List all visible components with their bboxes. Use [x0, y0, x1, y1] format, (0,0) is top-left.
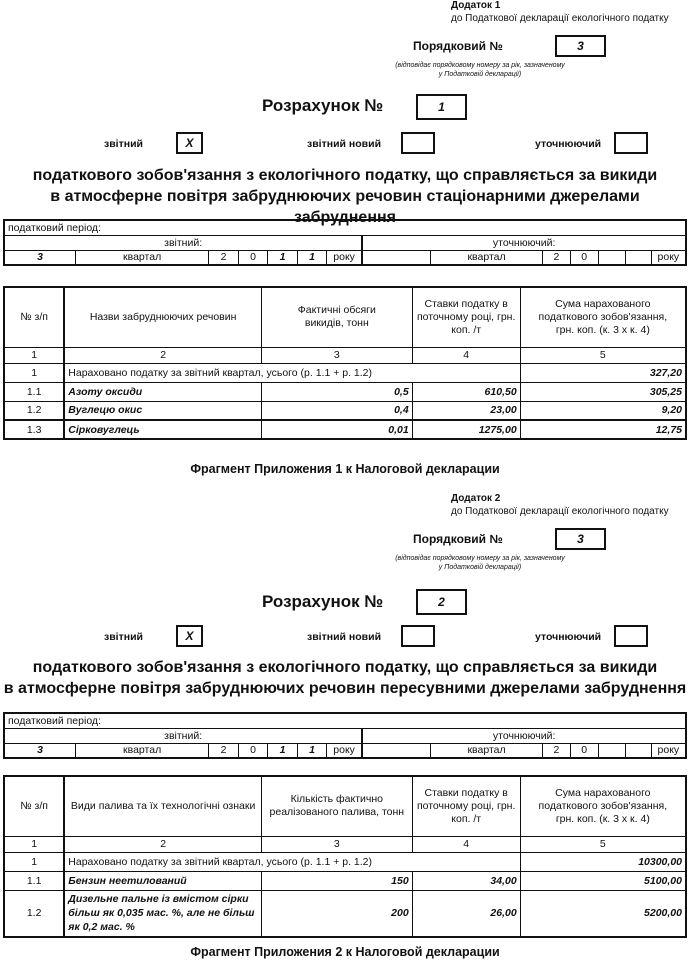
row-number: 1.2 [4, 401, 64, 420]
fuel-name-field[interactable]: Бензин неетилований [64, 871, 261, 890]
type-new-reporting-checkbox[interactable] [401, 625, 435, 647]
col-header-volume: Фактичні обсяги викидів, тонн [261, 287, 412, 347]
col-number: 3 [261, 836, 412, 852]
heading-line: податкового зобов'язання з екологічного … [0, 165, 690, 186]
year-digit-3-field[interactable] [598, 250, 626, 265]
clarifying-period-label: уточнюючий: [362, 728, 686, 743]
clarifying-period-label: уточнюючий: [362, 235, 686, 250]
type-new-reporting-label: звітний новий [307, 138, 381, 150]
sum-field[interactable]: 12,75 [520, 420, 686, 439]
type-clarifying-label: уточнюючий [535, 138, 601, 150]
calculation-number-field[interactable]: 1 [416, 94, 467, 120]
table-row: 1.2 Вуглецю окис 0,4 23,00 9,20 [4, 401, 686, 420]
type-clarifying-label: уточнюючий [535, 631, 601, 643]
table-row: 1.3 Сірковуглець 0,01 1275,00 12,75 [4, 420, 686, 439]
reporting-quarter-field[interactable]: 3 [4, 250, 76, 265]
sequence-number-label: Порядковий № [413, 532, 503, 546]
total-label: Нараховано податку за звітний квартал, у… [64, 363, 520, 382]
row-number: 1 [4, 363, 64, 382]
calculation-number-field[interactable]: 2 [416, 589, 467, 615]
col-number: 4 [412, 836, 520, 852]
col-number: 5 [520, 347, 686, 363]
year-word: року [326, 743, 362, 758]
fuel-name-field[interactable]: Дизельне пальне із вмістом сірки більш я… [64, 890, 261, 937]
total-row: 1 Нараховано податку за звітний квартал,… [4, 852, 686, 871]
rate-field[interactable]: 23,00 [412, 401, 520, 420]
tax-period-label: податковий період: [4, 220, 686, 235]
sum-field[interactable]: 305,25 [520, 382, 686, 401]
col-header-volume: Кількість фактично реалізованого палива,… [261, 776, 412, 836]
sequence-note-line: (відповідає порядковому номеру за рік, з… [380, 61, 580, 70]
total-sum-field[interactable]: 10300,00 [520, 852, 686, 871]
pollutant-name-field[interactable]: Сірковуглець [64, 420, 261, 439]
year-digit-1: 2 [209, 250, 239, 265]
row-number: 1 [4, 852, 64, 871]
fuels-table: № з/п Види палива та їх технологічні озн… [3, 775, 687, 938]
pollutant-name-field[interactable]: Азоту оксиди [64, 382, 261, 401]
type-clarifying-checkbox[interactable] [614, 132, 648, 154]
type-reporting-checkbox[interactable]: X [176, 625, 203, 647]
col-header-name: Назви забруднюючих речовин [64, 287, 261, 347]
col-header-name: Види палива та їх технологічні ознаки [64, 776, 261, 836]
col-number: 2 [64, 836, 261, 852]
year-digit-2: 0 [570, 743, 598, 758]
rate-field[interactable]: 610,50 [412, 382, 520, 401]
reporting-period-label: звітний: [4, 235, 362, 250]
sequence-number-label: Порядковий № [413, 39, 503, 53]
type-new-reporting-label: звітний новий [307, 631, 381, 643]
row-number: 1.1 [4, 871, 64, 890]
reporting-quarter-field[interactable]: 3 [4, 743, 76, 758]
pollutant-name-field[interactable]: Вуглецю окис [64, 401, 261, 420]
reporting-period-label: звітний: [4, 728, 362, 743]
rate-field[interactable]: 26,00 [412, 890, 520, 937]
col-number: 1 [4, 347, 64, 363]
volume-field[interactable]: 200 [261, 890, 412, 937]
attachment-title: Додаток 2 [451, 493, 500, 504]
sequence-note: (відповідає порядковому номеру за рік, з… [380, 554, 580, 572]
quarter-word: квартал [430, 250, 542, 265]
tax-period-label: податковий період: [4, 713, 686, 728]
calculation-heading: податкового зобов'язання з екологічного … [0, 657, 690, 699]
rate-field[interactable]: 1275,00 [412, 420, 520, 439]
col-number: 2 [64, 347, 261, 363]
type-reporting-label: звітний [104, 138, 143, 150]
col-number: 1 [4, 836, 64, 852]
col-header-number: № з/п [4, 287, 64, 347]
year-digit-2: 0 [239, 250, 268, 265]
row-number: 1.2 [4, 890, 64, 937]
fragment-caption: Фрагмент Приложения 2 к Налоговой деклар… [0, 945, 690, 959]
attachment-subtitle: до Податкової декларації екологічного по… [451, 13, 669, 24]
total-row: 1 Нараховано податку за звітний квартал,… [4, 363, 686, 382]
row-number: 1.1 [4, 382, 64, 401]
year-digit-2: 0 [570, 250, 598, 265]
sum-field[interactable]: 5200,00 [520, 890, 686, 937]
fragment-caption: Фрагмент Приложения 1 к Налоговой деклар… [0, 462, 690, 476]
year-digit-4-field[interactable] [626, 743, 651, 758]
calculation-number-label: Розрахунок № [262, 592, 383, 612]
year-digit-1: 2 [543, 743, 571, 758]
year-digit-4-field[interactable]: 1 [298, 250, 327, 265]
total-sum-field[interactable]: 327,20 [520, 363, 686, 382]
type-reporting-checkbox[interactable]: X [176, 132, 203, 154]
col-header-rate: Ставки податку в поточному році, грн. ко… [412, 776, 520, 836]
col-number: 3 [261, 347, 412, 363]
year-word: року [651, 250, 686, 265]
sum-field[interactable]: 9,20 [520, 401, 686, 420]
volume-field[interactable]: 0,01 [261, 420, 412, 439]
col-header-rate: Ставки податку в поточному році, грн. ко… [412, 287, 520, 347]
clarifying-quarter-field[interactable] [362, 743, 430, 758]
year-digit-3-field[interactable]: 1 [268, 250, 298, 265]
quarter-word: квартал [430, 743, 542, 758]
type-new-reporting-checkbox[interactable] [401, 132, 435, 154]
sequence-note: (відповідає порядковому номеру за рік, з… [380, 61, 580, 79]
year-digit-2: 0 [239, 743, 268, 758]
rate-field[interactable]: 34,00 [412, 871, 520, 890]
col-header-sum: Сума нарахованого податкового зобов'язан… [520, 287, 686, 347]
col-number: 4 [412, 347, 520, 363]
calculation-number-label: Розрахунок № [262, 96, 383, 116]
volume-field[interactable]: 0,5 [261, 382, 412, 401]
quarter-word: квартал [76, 743, 209, 758]
sequence-number-field[interactable]: 3 [555, 35, 606, 57]
sequence-number-field[interactable]: 3 [555, 528, 606, 550]
year-digit-3-field[interactable] [598, 743, 626, 758]
attachment-subtitle: до Податкової декларації екологічного по… [451, 506, 669, 517]
sequence-note-line: у Податковій декларації) [380, 70, 580, 79]
col-header-number: № з/п [4, 776, 64, 836]
type-reporting-label: звітний [104, 631, 143, 643]
sum-field[interactable]: 5100,00 [520, 871, 686, 890]
col-number: 5 [520, 836, 686, 852]
sequence-note-line: у Податковій декларації) [380, 563, 580, 572]
table-row: 1.1 Бензин неетилований 150 34,00 5100,0… [4, 871, 686, 890]
col-header-sum: Сума нарахованого податкового зобов'язан… [520, 776, 686, 836]
tax-period-table: податковий період: звітний: уточнюючий: … [3, 712, 687, 759]
attachment-title: Додаток 1 [451, 0, 500, 11]
heading-line: податкового зобов'язання з екологічного … [0, 657, 690, 678]
clarifying-quarter-field[interactable] [362, 250, 430, 265]
sequence-note-line: (відповідає порядковому номеру за рік, з… [380, 554, 580, 563]
pollutants-table: № з/п Назви забруднюючих речовин Фактичн… [3, 286, 687, 440]
volume-field[interactable]: 150 [261, 871, 412, 890]
year-word: року [651, 743, 686, 758]
volume-field[interactable]: 0,4 [261, 401, 412, 420]
heading-line: в атмосферне повітря забруднюючих речови… [0, 678, 690, 699]
table-row: 1.1 Азоту оксиди 0,5 610,50 305,25 [4, 382, 686, 401]
row-number: 1.3 [4, 420, 64, 439]
table-row: 1.2 Дизельне пальне із вмістом сірки біл… [4, 890, 686, 937]
type-clarifying-checkbox[interactable] [614, 625, 648, 647]
year-digit-1: 2 [209, 743, 239, 758]
year-word: року [326, 250, 362, 265]
year-digit-4-field[interactable]: 1 [298, 743, 327, 758]
year-digit-3-field[interactable]: 1 [268, 743, 298, 758]
year-digit-1: 2 [543, 250, 571, 265]
quarter-word: квартал [76, 250, 209, 265]
total-label: Нараховано податку за звітний квартал, у… [64, 852, 520, 871]
tax-period-table: податковий період: звітний: уточнюючий: … [3, 219, 687, 266]
year-digit-4-field[interactable] [626, 250, 651, 265]
